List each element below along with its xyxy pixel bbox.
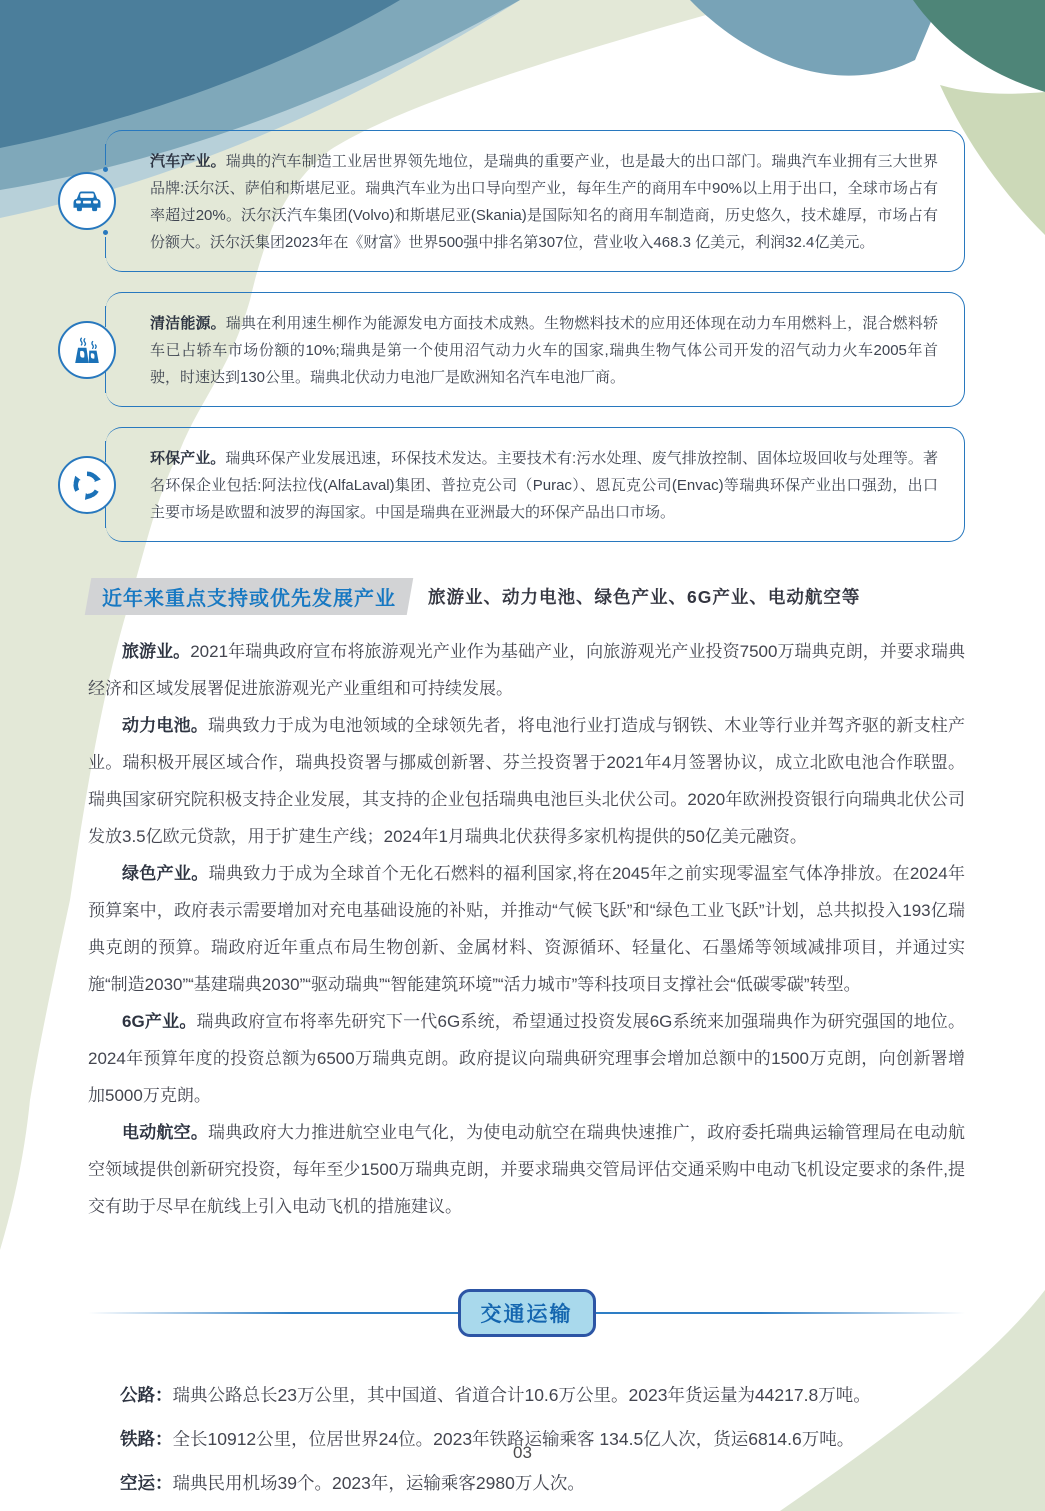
box-border-hook xyxy=(105,144,106,165)
clean-energy-text: 清洁能源。瑞典在利用速生柳作为能源发电方面技术成熟。生物燃料技术的应用还体现在动… xyxy=(150,310,938,391)
transport-section-badge: 交通运输 xyxy=(458,1289,596,1337)
paragraph-electric-aviation: 电动航空。瑞典政府大力推进航空业电气化，为使电动航空在瑞典快速推广，政府委托瑞典… xyxy=(88,1114,965,1225)
paragraph-tourism: 旅游业。2021年瑞典政府宣布将旅游观光产业作为基础产业，向旅游观光产业投资75… xyxy=(88,633,965,707)
page-number: 03 xyxy=(0,1443,1045,1463)
box-lead: 环保产业。 xyxy=(150,450,225,467)
paragraph-green-industry: 绿色产业。瑞典致力于成为全球首个无化石燃料的福利国家,将在2045年之前实现零温… xyxy=(88,855,965,1003)
paragraph-body: 瑞典致力于成为全球首个无化石燃料的福利国家,将在2045年之前实现零温室气体净排… xyxy=(88,864,965,994)
box-lead: 汽车产业。 xyxy=(150,153,226,170)
automotive-industry-text: 汽车产业。瑞典的汽车制造工业居世界领先地位，是瑞典的重要产业，也是最大的出口部门… xyxy=(150,148,938,256)
page-content: 汽车产业。瑞典的汽车制造工业居世界领先地位，是瑞典的重要产业，也是最大的出口部门… xyxy=(88,0,965,1505)
transport-lead: 空运： xyxy=(120,1473,173,1493)
priority-subtitle: 旅游业、动力电池、绿色产业、6G产业、电动航空等 xyxy=(428,584,860,609)
automotive-industry-box: 汽车产业。瑞典的汽车制造工业居世界领先地位，是瑞典的重要产业，也是最大的出口部门… xyxy=(106,130,965,272)
transport-section-divider: 交通运输 xyxy=(88,1289,965,1337)
paragraph-power-battery: 动力电池。瑞典致力于成为电池领域的全球领先者，将电池行业打造成与钢铁、木业等行业… xyxy=(88,707,965,855)
box-body: 瑞典环保产业发展迅速，环保技术发达。主要技术有:污水处理、废气排放控制、固体垃圾… xyxy=(150,450,938,521)
box-lead: 清洁能源。 xyxy=(150,315,226,332)
paragraph-lead: 6G产业。 xyxy=(122,1012,197,1031)
environmental-industry-text: 环保产业。瑞典环保产业发展迅速，环保技术发达。主要技术有:污水处理、废气排放控制… xyxy=(150,445,938,526)
priority-section-header: 近年来重点支持或优先发展产业 旅游业、动力电池、绿色产业、6G产业、电动航空等 xyxy=(88,578,965,615)
transport-list: 公路：瑞典公路总长23万公里，其中国道、省道合计10.6万公里。2023年货运量… xyxy=(88,1373,965,1505)
box-border-hook xyxy=(105,507,106,528)
paragraph-lead: 电动航空。 xyxy=(122,1123,208,1142)
box-border-hook xyxy=(105,372,106,393)
divider-line-right xyxy=(594,1312,966,1315)
clean-energy-box: 清洁能源。瑞典在利用速生柳作为能源发电方面技术成熟。生物燃料技术的应用还体现在动… xyxy=(106,292,965,407)
box-border-hook xyxy=(105,306,106,327)
paragraph-lead: 动力电池。 xyxy=(122,716,208,735)
priority-heading-highlight: 近年来重点支持或优先发展产业 xyxy=(88,578,410,615)
paragraph-body: 瑞典政府宣布将率先研究下一代6G系统，希望通过投资发展6G系统来加强瑞典作为研究… xyxy=(88,1012,965,1105)
box-border-dot xyxy=(103,167,108,172)
clean-energy-icon xyxy=(58,321,116,379)
paragraph-body: 瑞典致力于成为电池领域的全球领先者，将电池行业打造成与钢铁、木业等行业并驾齐驱的… xyxy=(88,716,965,846)
transport-item-road: 公路：瑞典公路总长23万公里，其中国道、省道合计10.6万公里。2023年货运量… xyxy=(120,1373,965,1417)
transport-item-air: 空运：瑞典民用机场39个。2023年，运输乘客2980万人次。 xyxy=(120,1461,965,1505)
transport-body: 瑞典公路总长23万公里，其中国道、省道合计10.6万公里。2023年货运量为44… xyxy=(173,1385,871,1405)
paragraph-6g: 6G产业。瑞典政府宣布将率先研究下一代6G系统，希望通过投资发展6G系统来加强瑞… xyxy=(88,1003,965,1114)
industry-boxes: 汽车产业。瑞典的汽车制造工业居世界领先地位，是瑞典的重要产业，也是最大的出口部门… xyxy=(106,0,965,542)
transport-lead: 公路： xyxy=(120,1385,173,1405)
box-body: 瑞典在利用速生柳作为能源发电方面技术成熟。生物燃料技术的应用还体现在动力车用燃料… xyxy=(150,315,938,386)
priority-heading: 近年来重点支持或优先发展产业 xyxy=(102,588,396,610)
divider-line-left xyxy=(88,1312,460,1315)
box-border-dot xyxy=(103,230,108,235)
recycle-icon xyxy=(58,456,116,514)
transport-body: 瑞典民用机场39个。2023年，运输乘客2980万人次。 xyxy=(173,1473,585,1493)
environmental-industry-box: 环保产业。瑞典环保产业发展迅速，环保技术发达。主要技术有:污水处理、废气排放控制… xyxy=(106,427,965,542)
paragraph-body: 瑞典政府大力推进航空业电气化，为使电动航空在瑞典快速推广，政府委托瑞典运输管理局… xyxy=(88,1123,965,1216)
paragraph-lead: 绿色产业。 xyxy=(122,864,209,883)
box-border-hook xyxy=(105,237,106,258)
box-border-hook xyxy=(105,441,106,462)
priority-paragraphs: 旅游业。2021年瑞典政府宣布将旅游观光产业作为基础产业，向旅游观光产业投资75… xyxy=(88,633,965,1225)
paragraph-body: 2021年瑞典政府宣布将旅游观光产业作为基础产业，向旅游观光产业投资7500万瑞… xyxy=(88,642,965,698)
box-body: 瑞典的汽车制造工业居世界领先地位，是瑞典的重要产业，也是最大的出口部门。瑞典汽车… xyxy=(150,153,938,251)
car-icon xyxy=(58,172,116,230)
paragraph-lead: 旅游业。 xyxy=(122,642,190,661)
